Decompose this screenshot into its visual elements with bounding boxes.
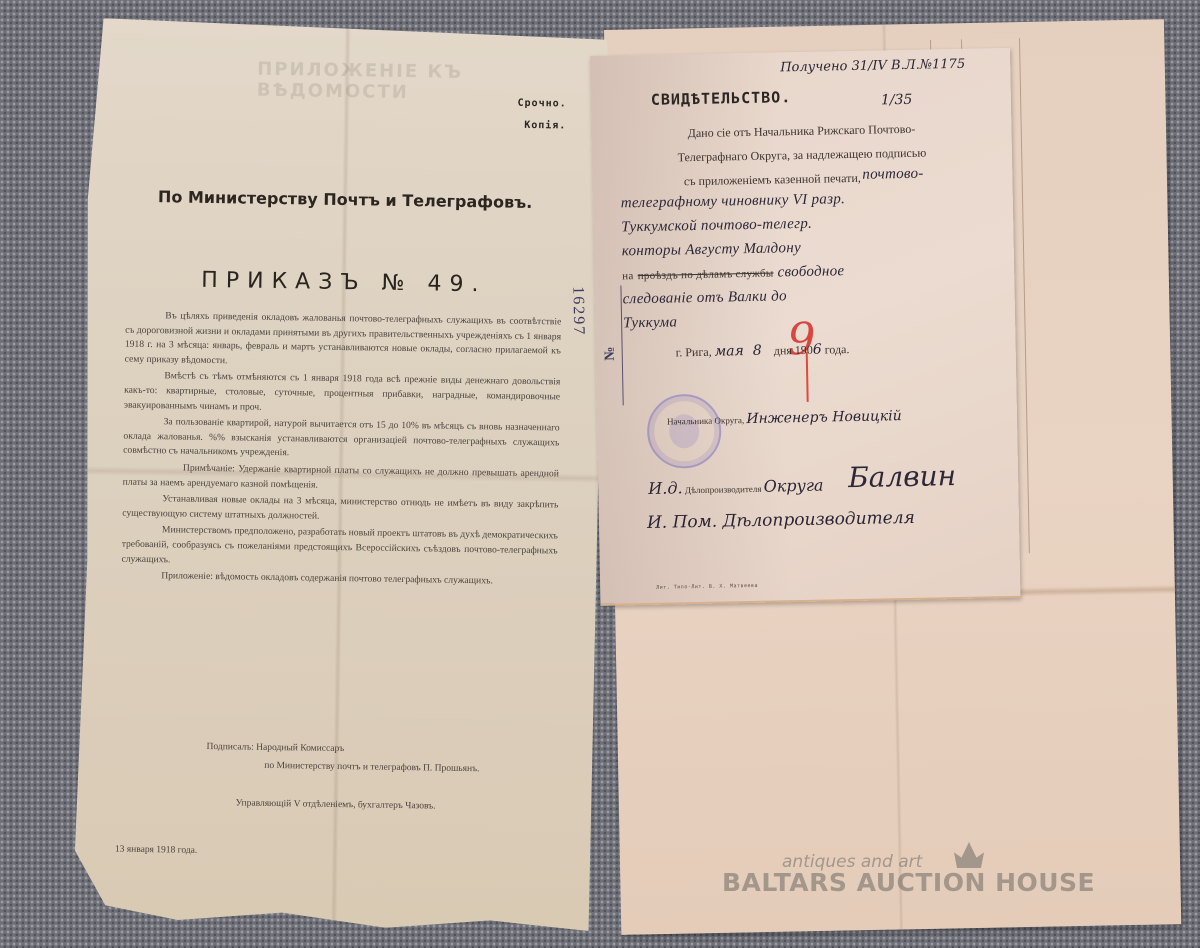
handwritten-line: следованіе отъ Валки до bbox=[623, 288, 787, 308]
signed-line: по Министерству почтъ и телеграфовъ П. П… bbox=[206, 756, 479, 778]
year-label: года. bbox=[825, 342, 850, 356]
clerk-line: И.д. Дѣлопроизводителя Округа bbox=[648, 476, 824, 498]
print-line: Телеграфнаго Округа, за надлежащею подпи… bbox=[612, 144, 992, 166]
paragraph: Въ цѣляхъ приведенія окладовъ жалованья … bbox=[125, 309, 562, 374]
print-line: Дано сіе отъ Начальника Рижскаго Почтово… bbox=[611, 120, 991, 142]
chief-handwritten: Инженеръ Новицкій bbox=[746, 408, 902, 427]
note-paragraph: Примѣчаніе: Удержаніе квартирной платы с… bbox=[123, 461, 559, 497]
signature: Балвин bbox=[848, 459, 956, 494]
chief-label: Начальника Округа, bbox=[667, 415, 744, 426]
printer-imprint: Лит. Типо-Лит. В. Х. Матвеева bbox=[656, 583, 758, 591]
assistant-clerk-line: И. Пом. Дѣлопроизводителя bbox=[647, 508, 915, 533]
serial-prefix: № bbox=[603, 346, 619, 360]
handwritten-line: на проѣздъ по дѣламъ службы свободное bbox=[622, 263, 844, 284]
official-seal-stamp bbox=[647, 394, 722, 469]
year-prefix: 190 bbox=[795, 343, 813, 357]
handwritten-receipt-note: Получено 31/IV В.Л.№1175 bbox=[780, 57, 965, 76]
ministry-heading: По Министерству Почтъ и Телеграфовъ. bbox=[85, 186, 605, 213]
certificate-document: Получено 31/IV В.Л.№1175 1/35 СВИДѢТЕЛЬС… bbox=[590, 48, 1020, 606]
auction-watermark: antiques and art BALTARS AUCTION HOUSE bbox=[722, 852, 1095, 897]
paragraph: За пользованіе квартирой, натурой вычита… bbox=[123, 415, 560, 466]
copy-label: Копія. bbox=[517, 115, 566, 138]
order-date: 13 января 1918 года. bbox=[115, 845, 197, 856]
month: мая bbox=[714, 343, 744, 360]
clerk-handwritten: Округа bbox=[763, 476, 823, 496]
struck-text: проѣздъ по дѣламъ службы bbox=[638, 268, 774, 283]
certificate-title: СВИДѢТЕЛЬСТВО. bbox=[651, 88, 792, 109]
handwritten-line: почтово- bbox=[862, 166, 924, 184]
clerk-prefix: И.д. bbox=[648, 478, 683, 498]
paragraph: Устанавливая новые оклады на 3 мѣсяца, м… bbox=[122, 492, 558, 528]
chief-line: Начальника Округа, Инженеръ Новицкій bbox=[667, 408, 902, 429]
handwritten-word: свободное bbox=[777, 263, 844, 280]
manager-line: Управляющій V отдѣленіемъ, бухгалтеръ Ча… bbox=[236, 798, 436, 811]
print-line: съ приложеніемъ казенной печати, bbox=[552, 168, 992, 191]
urgency-marks: Срочно. Копія. bbox=[517, 93, 567, 138]
day-label: дня bbox=[774, 343, 792, 357]
handwritten-line: конторы Августу Малдону bbox=[622, 240, 802, 260]
handwritten-line: Туккума bbox=[623, 314, 677, 332]
city: г. Рига, bbox=[676, 345, 712, 360]
day: 8 bbox=[753, 343, 762, 359]
print-prefix: на bbox=[622, 270, 634, 282]
handwritten-ref-note: 1/35 bbox=[881, 92, 913, 109]
order-title: ПРИКАЗЪ № 49. bbox=[84, 266, 604, 299]
year-suffix: 6 bbox=[813, 342, 822, 358]
serial-number: 16297 bbox=[568, 286, 587, 336]
paragraph: Министерствомъ предположено, разработать… bbox=[121, 523, 558, 574]
watermark-brand: BALTARS AUCTION HOUSE bbox=[722, 868, 1095, 897]
clerk-label: Дѣлопроизводителя bbox=[685, 484, 762, 495]
handwritten-line: Туккумской почтово-телегр. bbox=[621, 216, 812, 237]
paragraph: Вмѣстѣ съ тѣмъ отмѣняются съ 1 января 19… bbox=[124, 369, 561, 420]
order-document: ПРИЛОЖЕНІЕ КЪ ВѢДОМОСТИ Срочно. Копія. П… bbox=[74, 18, 608, 931]
order-body: Въ цѣляхъ приведенія окладовъ жалованья … bbox=[121, 309, 561, 593]
place-date-line: г. Рига, мая 8 дня 1906 года. bbox=[676, 341, 850, 360]
signature-block: Подписалъ: Народный Комиссаръ по Министе… bbox=[206, 738, 480, 778]
urgent-label: Срочно. bbox=[517, 93, 566, 116]
handwritten-line: телеграфному чиновнику VI разр. bbox=[621, 191, 846, 212]
